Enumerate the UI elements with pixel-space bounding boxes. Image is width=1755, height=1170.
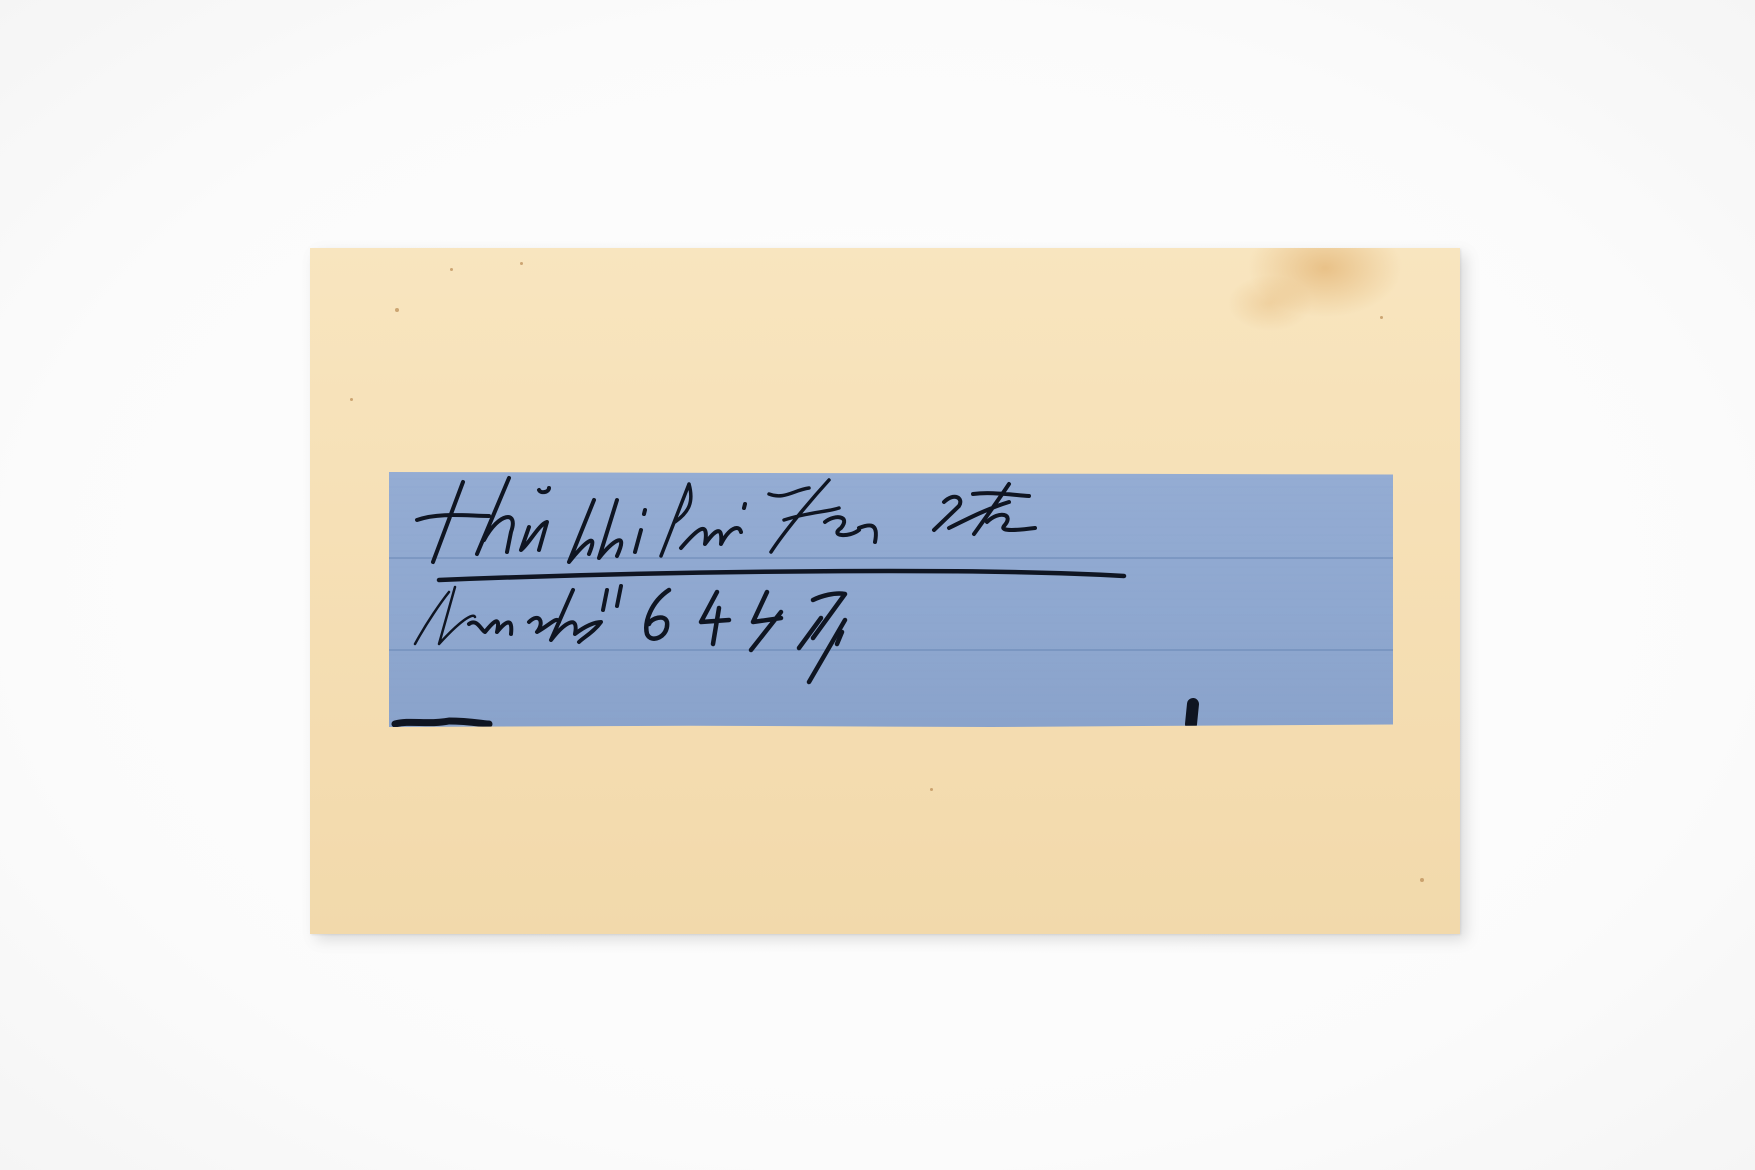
foxing-speck xyxy=(520,262,523,265)
handwriting xyxy=(389,472,1393,727)
note-line-1: Thubbikun'ten "othe xyxy=(389,472,390,473)
foxing-speck xyxy=(450,268,453,271)
handwriting-line-2 xyxy=(415,586,845,682)
ink-blot xyxy=(395,721,489,724)
note-transcription: Thubbikun'ten "othe tushes" 644/7/ xyxy=(389,472,390,473)
photograph: Thubbikun'ten "othe tushes" 644/7/ xyxy=(0,0,1755,1170)
blue-paper-note: Thubbikun'ten "othe tushes" 644/7/ xyxy=(389,472,1393,727)
foxing-speck xyxy=(395,308,399,312)
handwriting-line-1 xyxy=(417,478,1124,580)
ink-drop xyxy=(1191,704,1193,724)
foxing-speck xyxy=(1380,316,1383,319)
foxing-speck xyxy=(350,398,353,401)
foxing-speck xyxy=(930,788,933,791)
mounting-card: Thubbikun'ten "othe tushes" 644/7/ xyxy=(310,248,1460,934)
foxing-speck xyxy=(1420,878,1424,882)
